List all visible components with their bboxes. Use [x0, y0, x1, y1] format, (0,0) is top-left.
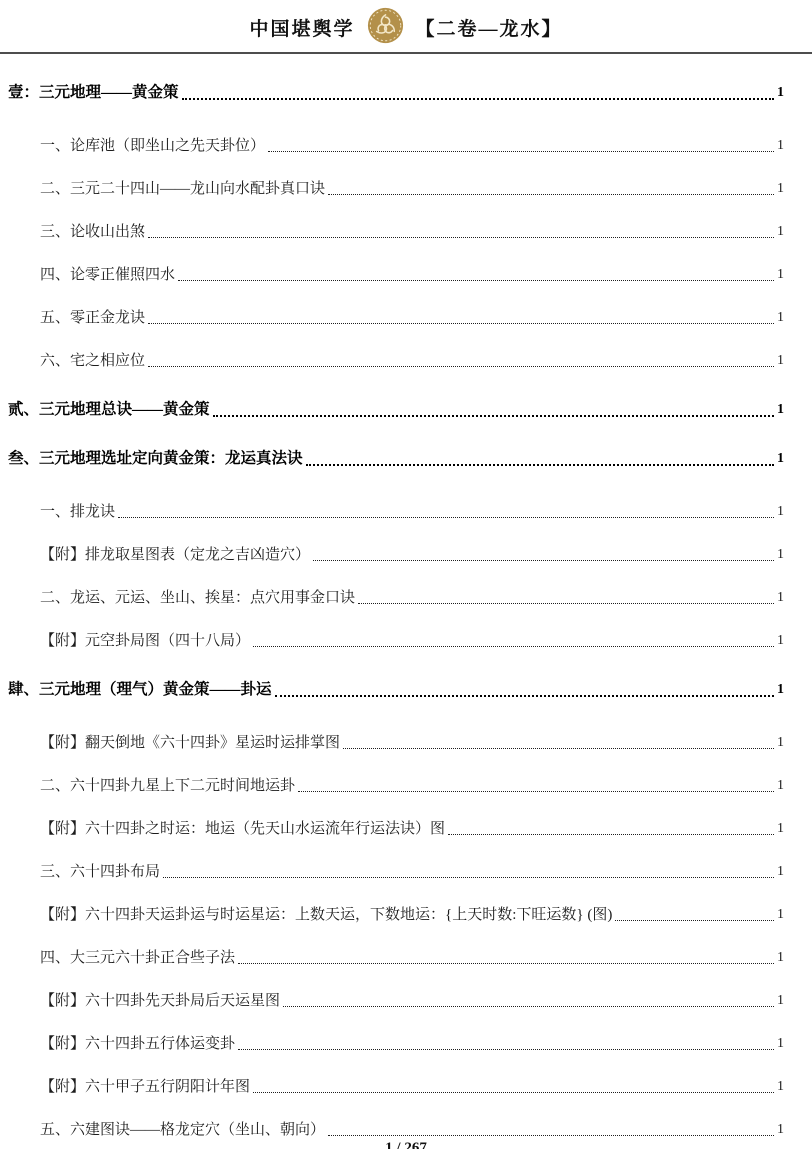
toc-entry[interactable]: 壹：三元地理——黄金策 1	[8, 83, 784, 103]
toc-entry-label: 一、论库池（即坐山之先天卦位）	[40, 136, 265, 156]
dotted-leader	[238, 1049, 774, 1050]
dotted-leader	[148, 366, 774, 367]
toc-entry-label: 【附】排龙取星图表（定龙之吉凶造穴）	[40, 545, 310, 565]
toc-entry-page-number: 1	[777, 83, 784, 103]
toc-entry-label: 二、龙运、元运、坐山、挨星：点穴用事金口诀	[40, 588, 355, 608]
dotted-leader	[328, 1135, 774, 1136]
toc-entry-label: 【附】六十四卦天运卦运与时运星运：上数天运，下数地运：{上天时数:下旺运数} (…	[40, 905, 612, 925]
toc-entry-label: 【附】六十四卦先天卦局后天运星图	[40, 991, 280, 1011]
toc-entry-label: 肆、三元地理（理气）黄金策——卦运	[8, 680, 272, 700]
toc-entry-page-number: 1	[777, 1077, 784, 1097]
toc-entry-label: 【附】元空卦局图（四十八局）	[40, 631, 250, 651]
toc-entry[interactable]: 叁、三元地理选址定向黄金策：龙运真法诀 1	[8, 449, 784, 469]
toc-entry-label: 贰、三元地理总诀——黄金策	[8, 400, 210, 420]
toc-entry-label: 四、论零正催照四水	[40, 265, 175, 285]
toc-entry[interactable]: 【附】翻天倒地《六十四卦》星运时运排掌图 1	[8, 733, 784, 753]
toc-entry[interactable]: 三、六十四卦布局 1	[8, 862, 784, 882]
dotted-leader	[163, 877, 774, 878]
toc-entry[interactable]: 六、宅之相应位 1	[8, 351, 784, 371]
page-header: 中国堪舆学 【二卷—龙水】	[0, 0, 812, 48]
dotted-leader	[148, 237, 774, 238]
toc-entry-label: 叁、三元地理选址定向黄金策：龙运真法诀	[8, 449, 303, 469]
dotted-leader	[148, 323, 774, 324]
toc-entry-label: 【附】六十甲子五行阴阳计年图	[40, 1077, 250, 1097]
toc-entry-page-number: 1	[777, 948, 784, 968]
toc-entry[interactable]: 【附】六十四卦天运卦运与时运星运：上数天运，下数地运：{上天时数:下旺运数} (…	[8, 905, 784, 925]
toc-entry[interactable]: 二、六十四卦九星上下二元时间地运卦 1	[8, 776, 784, 796]
toc-entry-label: 三、六十四卦布局	[40, 862, 160, 882]
toc-entry-page-number: 1	[777, 136, 784, 156]
toc-entry-page-number: 1	[777, 991, 784, 1011]
document-title-left: 中国堪舆学	[249, 14, 354, 41]
toc-entry-page-number: 1	[777, 819, 784, 839]
toc-entry-page-number: 1	[777, 588, 784, 608]
toc-entry[interactable]: 【附】排龙取星图表（定龙之吉凶造穴） 1	[8, 545, 784, 565]
toc-entry[interactable]: 四、大三元六十卦正合些子法 1	[8, 948, 784, 968]
dotted-leader	[253, 646, 774, 647]
toc-entry[interactable]: 五、六建图诀——格龙定穴（坐山、朝向） 1	[8, 1120, 784, 1140]
toc-entry-page-number: 1	[777, 1120, 784, 1140]
toc-entry[interactable]: 【附】元空卦局图（四十八局） 1	[8, 631, 784, 651]
toc-entry[interactable]: 【附】六十四卦五行体运变卦 1	[8, 1034, 784, 1054]
dotted-leader	[615, 920, 774, 921]
dotted-leader	[213, 415, 774, 417]
dotted-leader	[306, 464, 774, 466]
toc-entry-page-number: 1	[777, 502, 784, 522]
toc-entry-label: 四、大三元六十卦正合些子法	[40, 948, 235, 968]
dotted-leader	[448, 834, 774, 835]
toc-entry-page-number: 1	[777, 905, 784, 925]
dotted-leader	[313, 560, 774, 561]
toc-entry-page-number: 1	[777, 265, 784, 285]
toc-entry-label: 【附】六十四卦五行体运变卦	[40, 1034, 235, 1054]
toc-entry-page-number: 1	[777, 308, 784, 328]
page-indicator: 1 / 267	[385, 1140, 427, 1149]
toc-entry[interactable]: 【附】六十四卦之时运：地运（先天山水运流年行运法诀）图 1	[8, 819, 784, 839]
dotted-leader	[268, 151, 774, 152]
toc-entry[interactable]: 【附】六十甲子五行阴阳计年图 1	[8, 1077, 784, 1097]
dotted-leader	[182, 98, 774, 100]
toc-entry-page-number: 1	[777, 222, 784, 242]
toc-entry-page-number: 1	[777, 776, 784, 796]
toc-entry-label: 五、零正金龙诀	[40, 308, 145, 328]
toc-entry[interactable]: 五、零正金龙诀 1	[8, 308, 784, 328]
gold-seal-icon	[367, 7, 404, 44]
toc-entry[interactable]: 肆、三元地理（理气）黄金策——卦运 1	[8, 680, 784, 700]
page-footer: 1 / 267	[0, 1140, 812, 1149]
toc-entry[interactable]: 一、论库池（即坐山之先天卦位） 1	[8, 136, 784, 156]
table-of-contents: 壹：三元地理——黄金策 1 一、论库池（即坐山之先天卦位） 1 二、三元二十四山…	[0, 83, 812, 1140]
dotted-leader	[298, 791, 774, 792]
toc-entry[interactable]: 二、龙运、元运、坐山、挨星：点穴用事金口诀 1	[8, 588, 784, 608]
dotted-leader	[238, 963, 774, 964]
toc-entry[interactable]: 二、三元二十四山——龙山向水配卦真口诀 1	[8, 179, 784, 199]
toc-entry[interactable]: 三、论收山出煞 1	[8, 222, 784, 242]
dotted-leader	[178, 280, 774, 281]
toc-entry-label: 二、六十四卦九星上下二元时间地运卦	[40, 776, 295, 796]
toc-entry-page-number: 1	[777, 351, 784, 371]
document-title-right: 【二卷—龙水】	[416, 14, 563, 41]
toc-entry-page-number: 1	[777, 1034, 784, 1054]
dotted-leader	[358, 603, 774, 604]
toc-entry[interactable]: 四、论零正催照四水 1	[8, 265, 784, 285]
toc-entry[interactable]: 贰、三元地理总诀——黄金策 1	[8, 400, 784, 420]
toc-entry-page-number: 1	[777, 545, 784, 565]
toc-entry-page-number: 1	[777, 449, 784, 469]
toc-entry[interactable]: 一、排龙诀 1	[8, 502, 784, 522]
dotted-leader	[275, 695, 774, 697]
toc-entry-label: 【附】六十四卦之时运：地运（先天山水运流年行运法诀）图	[40, 819, 445, 839]
toc-entry-label: 一、排龙诀	[40, 502, 115, 522]
toc-entry-label: 【附】翻天倒地《六十四卦》星运时运排掌图	[40, 733, 340, 753]
toc-entry-label: 六、宅之相应位	[40, 351, 145, 371]
toc-entry[interactable]: 【附】六十四卦先天卦局后天运星图 1	[8, 991, 784, 1011]
toc-entry-label: 二、三元二十四山——龙山向水配卦真口诀	[40, 179, 325, 199]
toc-entry-page-number: 1	[777, 400, 784, 420]
dotted-leader	[253, 1092, 774, 1093]
toc-entry-page-number: 1	[777, 733, 784, 753]
header-divider	[0, 52, 812, 54]
dotted-leader	[343, 748, 774, 749]
toc-entry-page-number: 1	[777, 680, 784, 700]
toc-entry-label: 壹：三元地理——黄金策	[8, 83, 179, 103]
toc-entry-page-number: 1	[777, 179, 784, 199]
dotted-leader	[328, 194, 774, 195]
toc-entry-label: 五、六建图诀——格龙定穴（坐山、朝向）	[40, 1120, 325, 1140]
toc-entry-page-number: 1	[777, 631, 784, 651]
dotted-leader	[283, 1006, 774, 1007]
toc-entry-label: 三、论收山出煞	[40, 222, 145, 242]
dotted-leader	[118, 517, 774, 518]
toc-entry-page-number: 1	[777, 862, 784, 882]
